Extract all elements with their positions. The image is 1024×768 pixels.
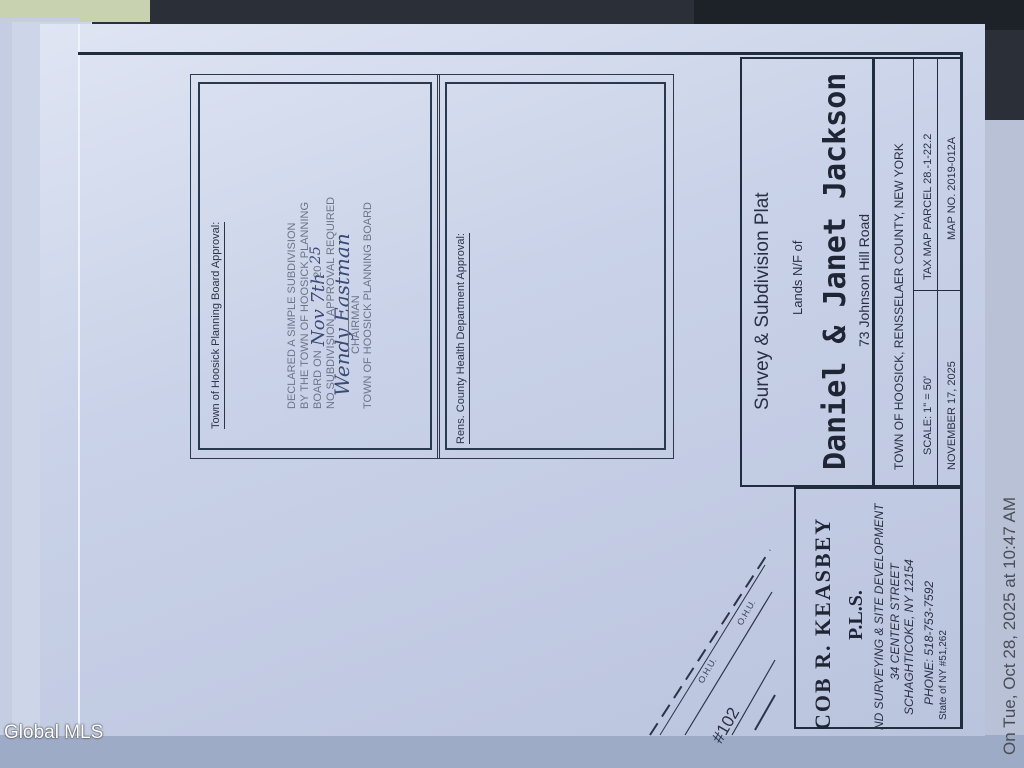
scale-label: SCALE: 1" = 50' bbox=[922, 376, 934, 455]
stamp-line-3: BOARD ON bbox=[312, 350, 324, 409]
stamp-line-6: TOWN OF HOOSICK PLANNING BOARD bbox=[362, 202, 374, 409]
email-timestamp: On Tue, Oct 28, 2025 at 10:47 AM bbox=[1000, 497, 1020, 755]
property-address: 73 Johnson Hill Road bbox=[856, 214, 872, 347]
sheet-fold bbox=[78, 24, 80, 736]
watermark: Global MLS bbox=[4, 722, 103, 744]
surveyor-name: COB R. KEASBEY bbox=[810, 517, 836, 730]
background-paper-bottom bbox=[0, 735, 1024, 768]
stamp-line-5: CHAIRMAN bbox=[348, 295, 362, 354]
tax-map-parcel: TAX MAP PARCEL 28.-1-22.2 bbox=[922, 134, 934, 280]
plat-date: NOVEMBER 17, 2025 bbox=[946, 361, 958, 470]
title-block-row-divider-2 bbox=[937, 57, 938, 487]
handwritten-year: 25 bbox=[308, 246, 324, 264]
surveyor-phone: PHONE: 518-753-7592 bbox=[922, 581, 936, 705]
plat-title: Survey & Subdivision Plat bbox=[752, 192, 774, 410]
stamp-year: , 20 bbox=[312, 266, 324, 284]
surveyor-line-1: ND SURVEYING & SITE DEVELOPMENT bbox=[872, 504, 886, 731]
sheet-border-top bbox=[78, 52, 963, 55]
surveyor-credential: P.L.S. bbox=[845, 590, 868, 640]
surveyor-license: State of NY #51,262 bbox=[938, 630, 949, 720]
plan-drawing bbox=[640, 540, 800, 740]
location-line: TOWN OF HOOSICK, RENSSELAER COUNTY, NEW … bbox=[892, 143, 906, 470]
owners-name: Daniel & Janet Jackson bbox=[818, 73, 853, 470]
health-dept-box: Rens. County Health Department Approval: bbox=[445, 82, 666, 450]
lands-of-label: Lands N/F of bbox=[790, 241, 805, 315]
planning-board-heading: Town of Hoosick Planning Board Approval: bbox=[210, 222, 225, 429]
surveyor-line-2: 34 CENTER STREET bbox=[888, 563, 902, 680]
map-number: MAP NO. 2019-012A bbox=[946, 137, 958, 240]
title-block-row-divider-1 bbox=[913, 57, 914, 487]
planning-board-box: Town of Hoosick Planning Board Approval:… bbox=[198, 82, 432, 450]
surveyor-line-3: SCHAGHTICOKE, NY 12154 bbox=[902, 559, 916, 715]
planning-board-stamp: DECLARED A SIMPLE SUBDIVISION BY THE TOW… bbox=[286, 84, 376, 452]
title-block-col-divider bbox=[913, 290, 960, 291]
health-dept-heading: Rens. County Health Department Approval: bbox=[455, 233, 470, 444]
title-block-divider bbox=[872, 57, 875, 487]
stamp-line-1: DECLARED A SIMPLE SUBDIVISION bbox=[286, 223, 298, 409]
